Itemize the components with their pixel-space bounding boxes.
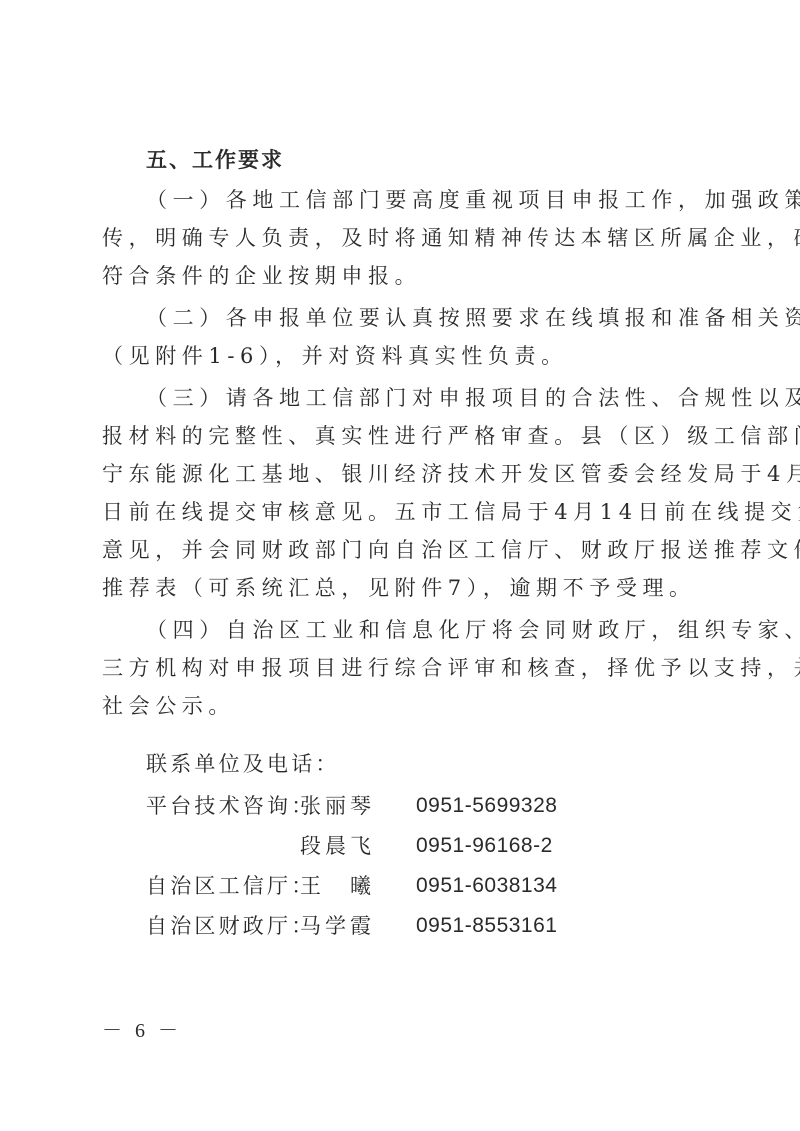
paragraph-1-line-1: （一）各地工信部门要高度重视项目申报工作，加强政策宣 (146, 186, 800, 214)
contact-phone: 0951-5699328 (416, 792, 557, 820)
contact-name: 段晨飞 (300, 832, 375, 860)
paragraph-3-line-2: 报材料的完整性、真实性进行严格审查。县（区）级工信部门， (102, 422, 800, 450)
contact-phone: 0951-8553161 (416, 912, 557, 940)
paragraph-4-line-1: （四）自治区工业和信息化厅将会同财政厅，组织专家、第 (146, 616, 800, 644)
contact-name: 张丽琴 (300, 792, 375, 820)
paragraph-2-line-1: （二）各申报单位要认真按照要求在线填报和准备相关资料 (146, 304, 800, 332)
page-number: － 6 － (102, 1014, 182, 1043)
contact-phone: 0951-96168-2 (416, 832, 553, 860)
paragraph-3-line-6: 推荐表（可系统汇总，见附件7），逾期不予受理。 (102, 574, 696, 602)
paragraph-1-line-3: 符合条件的企业按期申报。 (102, 262, 421, 290)
paragraph-1-line-2: 传，明确专人负责，及时将通知精神传达本辖区所属企业，确保 (102, 224, 800, 252)
paragraph-3-line-4: 日前在线提交审核意见。五市工信局于4月14日前在线提交复核 (102, 498, 800, 526)
contact-phone: 0951-6038134 (416, 872, 557, 900)
contacts-title: 联系单位及电话： (146, 750, 340, 778)
paragraph-4-line-2: 三方机构对申报项目进行综合评审和核查，择优予以支持，并向 (102, 654, 800, 682)
section-heading: 五、工作要求 (146, 146, 284, 174)
paragraph-2-line-2: （见附件1-6），并对资料真实性负责。 (102, 342, 568, 370)
contact-label: 自治区工信厅： (146, 872, 315, 900)
paragraph-3-line-3: 宁东能源化工基地、银川经济技术开发区管委会经发局于4月7 (102, 460, 800, 488)
contact-label: 平台技术咨询： (146, 792, 315, 820)
paragraph-3-line-5: 意见，并会同财政部门向自治区工信厅、财政厅报送推荐文件及 (102, 536, 800, 564)
contact-label: 自治区财政厅： (146, 912, 315, 940)
paragraph-4-line-3: 社会公示。 (102, 692, 235, 720)
contact-name: 马学霞 (300, 912, 375, 940)
contact-name: 王 曦 (300, 872, 375, 900)
paragraph-3-line-1: （三）请各地工信部门对申报项目的合法性、合规性以及申 (146, 384, 800, 412)
